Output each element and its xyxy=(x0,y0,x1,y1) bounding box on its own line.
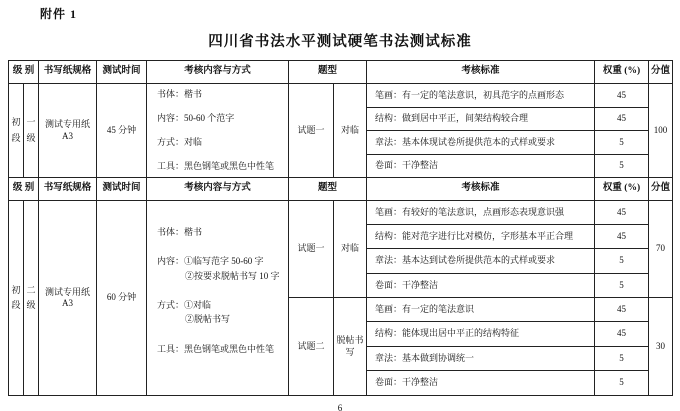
criteria-text: 笔画：有较好的笔法意识，点画形态表现意识强 xyxy=(367,201,595,225)
content-line: 方式：①对临 xyxy=(157,300,288,311)
content-line: 工具：黑色钢笔或黑色中性笔 xyxy=(157,344,288,355)
header-question-type: 题型 xyxy=(289,178,367,201)
weight-value: 45 xyxy=(595,84,649,108)
criteria-text: 结构：能对范字进行比对模仿，字形基本平正合理 xyxy=(367,225,595,249)
weight-value: 5 xyxy=(595,131,649,155)
header-time: 测试时间 xyxy=(97,61,147,84)
page-number: 6 xyxy=(0,403,680,411)
header-paper: 书写纸规格 xyxy=(39,178,97,201)
criteria-text: 笔画：有一定的笔法意识，初具范字的点画形态 xyxy=(367,84,595,108)
header-level: 级 别 xyxy=(9,178,39,201)
content-line: 内容：①临写范字 50-60 字 xyxy=(157,256,288,267)
header-level: 级 别 xyxy=(9,61,39,84)
paper-size: A3 xyxy=(39,298,96,309)
content-cell: 书体：楷书 内容：50-60 个范字 方式：对临 工具：黑色钢笔或黑色中性笔 xyxy=(147,84,289,178)
content-cell: 书体：楷书 内容：①临写范字 50-60 字 ②按要求脱帖书写 10 字 方式：… xyxy=(147,201,289,396)
score-value: 30 xyxy=(649,298,673,396)
content-line: 书体：楷书 xyxy=(157,89,288,100)
paper-cell: 测试专用纸 A3 xyxy=(39,84,97,178)
content-line: 工具：黑色钢笔或黑色中性笔 xyxy=(157,161,288,172)
question-cell: 试题二 xyxy=(289,298,334,396)
table-header-row: 级 别 书写纸规格 测试时间 考核内容与方式 题型 考核标准 权重 (%) 分值 xyxy=(9,61,673,84)
header-score: 分值 xyxy=(649,178,673,201)
weight-value: 5 xyxy=(595,274,649,298)
score-value: 70 xyxy=(649,201,673,298)
header-standard: 考核标准 xyxy=(367,178,595,201)
weight-value: 45 xyxy=(595,298,649,322)
document-page: 附件 1 四川省书法水平测试硬笔书法测试标准 级 别 书写纸规格 测试时间 考核… xyxy=(0,0,680,411)
criteria-text: 卷面：干净整洁 xyxy=(367,155,595,178)
header-paper: 书写纸规格 xyxy=(39,61,97,84)
weight-value: 45 xyxy=(595,322,649,347)
header-standard: 考核标准 xyxy=(367,61,595,84)
criteria-text: 章法：基本达到试卷所提供范本的式样或要求 xyxy=(367,249,595,274)
content-line: 内容：50-60 个范字 xyxy=(157,113,288,124)
weight-value: 5 xyxy=(595,249,649,274)
content-line: ②脱帖书写 xyxy=(157,314,288,325)
criteria-text: 卷面：干净整洁 xyxy=(367,274,595,298)
time-cell: 60 分钟 xyxy=(97,201,147,396)
question-cell: 试题一 xyxy=(289,84,334,178)
stage-cell: 初段 xyxy=(9,201,24,396)
time-cell: 45 分钟 xyxy=(97,84,147,178)
standards-table: 级 别 书写纸规格 测试时间 考核内容与方式 题型 考核标准 权重 (%) 分值… xyxy=(8,60,673,396)
page-title: 四川省书法水平测试硬笔书法测试标准 xyxy=(0,30,680,51)
paper-cell: 测试专用纸 A3 xyxy=(39,201,97,396)
header-weight: 权重 (%) xyxy=(595,178,649,201)
level-cell: 二级 xyxy=(24,201,39,396)
criteria-text: 结构：能体现出居中平正的结构特征 xyxy=(367,322,595,347)
score-value: 100 xyxy=(649,84,673,178)
header-content: 考核内容与方式 xyxy=(147,178,289,201)
criteria-text: 结构：做到居中平正，间架结构较合理 xyxy=(367,108,595,131)
mode-cell: 对临 xyxy=(334,201,367,298)
criteria-text: 章法：基本做到协调统一 xyxy=(367,347,595,371)
content-line: 方式：对临 xyxy=(157,137,288,148)
header-content: 考核内容与方式 xyxy=(147,61,289,84)
content-line: ②按要求脱帖书写 10 字 xyxy=(157,271,288,282)
criteria-text: 笔画：有一定的笔法意识 xyxy=(367,298,595,322)
mode-cell: 脱帖书写 xyxy=(334,298,367,396)
weight-value: 5 xyxy=(595,347,649,371)
header-time: 测试时间 xyxy=(97,178,147,201)
level-cell: 一级 xyxy=(24,84,39,178)
weight-value: 45 xyxy=(595,108,649,131)
table-row: 初段 二级 测试专用纸 A3 60 分钟 书体：楷书 内容：①临写范字 50-6… xyxy=(9,201,673,225)
question-cell: 试题一 xyxy=(289,201,334,298)
weight-value: 5 xyxy=(595,371,649,396)
header-question-type: 题型 xyxy=(289,61,367,84)
table-header-row: 级 别 书写纸规格 测试时间 考核内容与方式 题型 考核标准 权重 (%) 分值 xyxy=(9,178,673,201)
header-weight: 权重 (%) xyxy=(595,61,649,84)
header-score: 分值 xyxy=(649,61,673,84)
paper-name: 测试专用纸 xyxy=(39,287,96,298)
paper-name: 测试专用纸 xyxy=(39,119,96,130)
weight-value: 45 xyxy=(595,201,649,225)
paper-size: A3 xyxy=(39,131,96,142)
criteria-text: 章法：基本体现试卷所提供范本的式样或要求 xyxy=(367,131,595,155)
content-line: 书体：楷书 xyxy=(157,227,288,238)
mode-cell: 对临 xyxy=(334,84,367,178)
stage-cell: 初段 xyxy=(9,84,24,178)
weight-value: 45 xyxy=(595,225,649,249)
attachment-label: 附件 1 xyxy=(40,5,680,22)
weight-value: 5 xyxy=(595,155,649,178)
criteria-text: 卷面：干净整洁 xyxy=(367,371,595,396)
table-row: 初段 一级 测试专用纸 A3 45 分钟 书体：楷书 内容：50-60 个范字 … xyxy=(9,84,673,108)
